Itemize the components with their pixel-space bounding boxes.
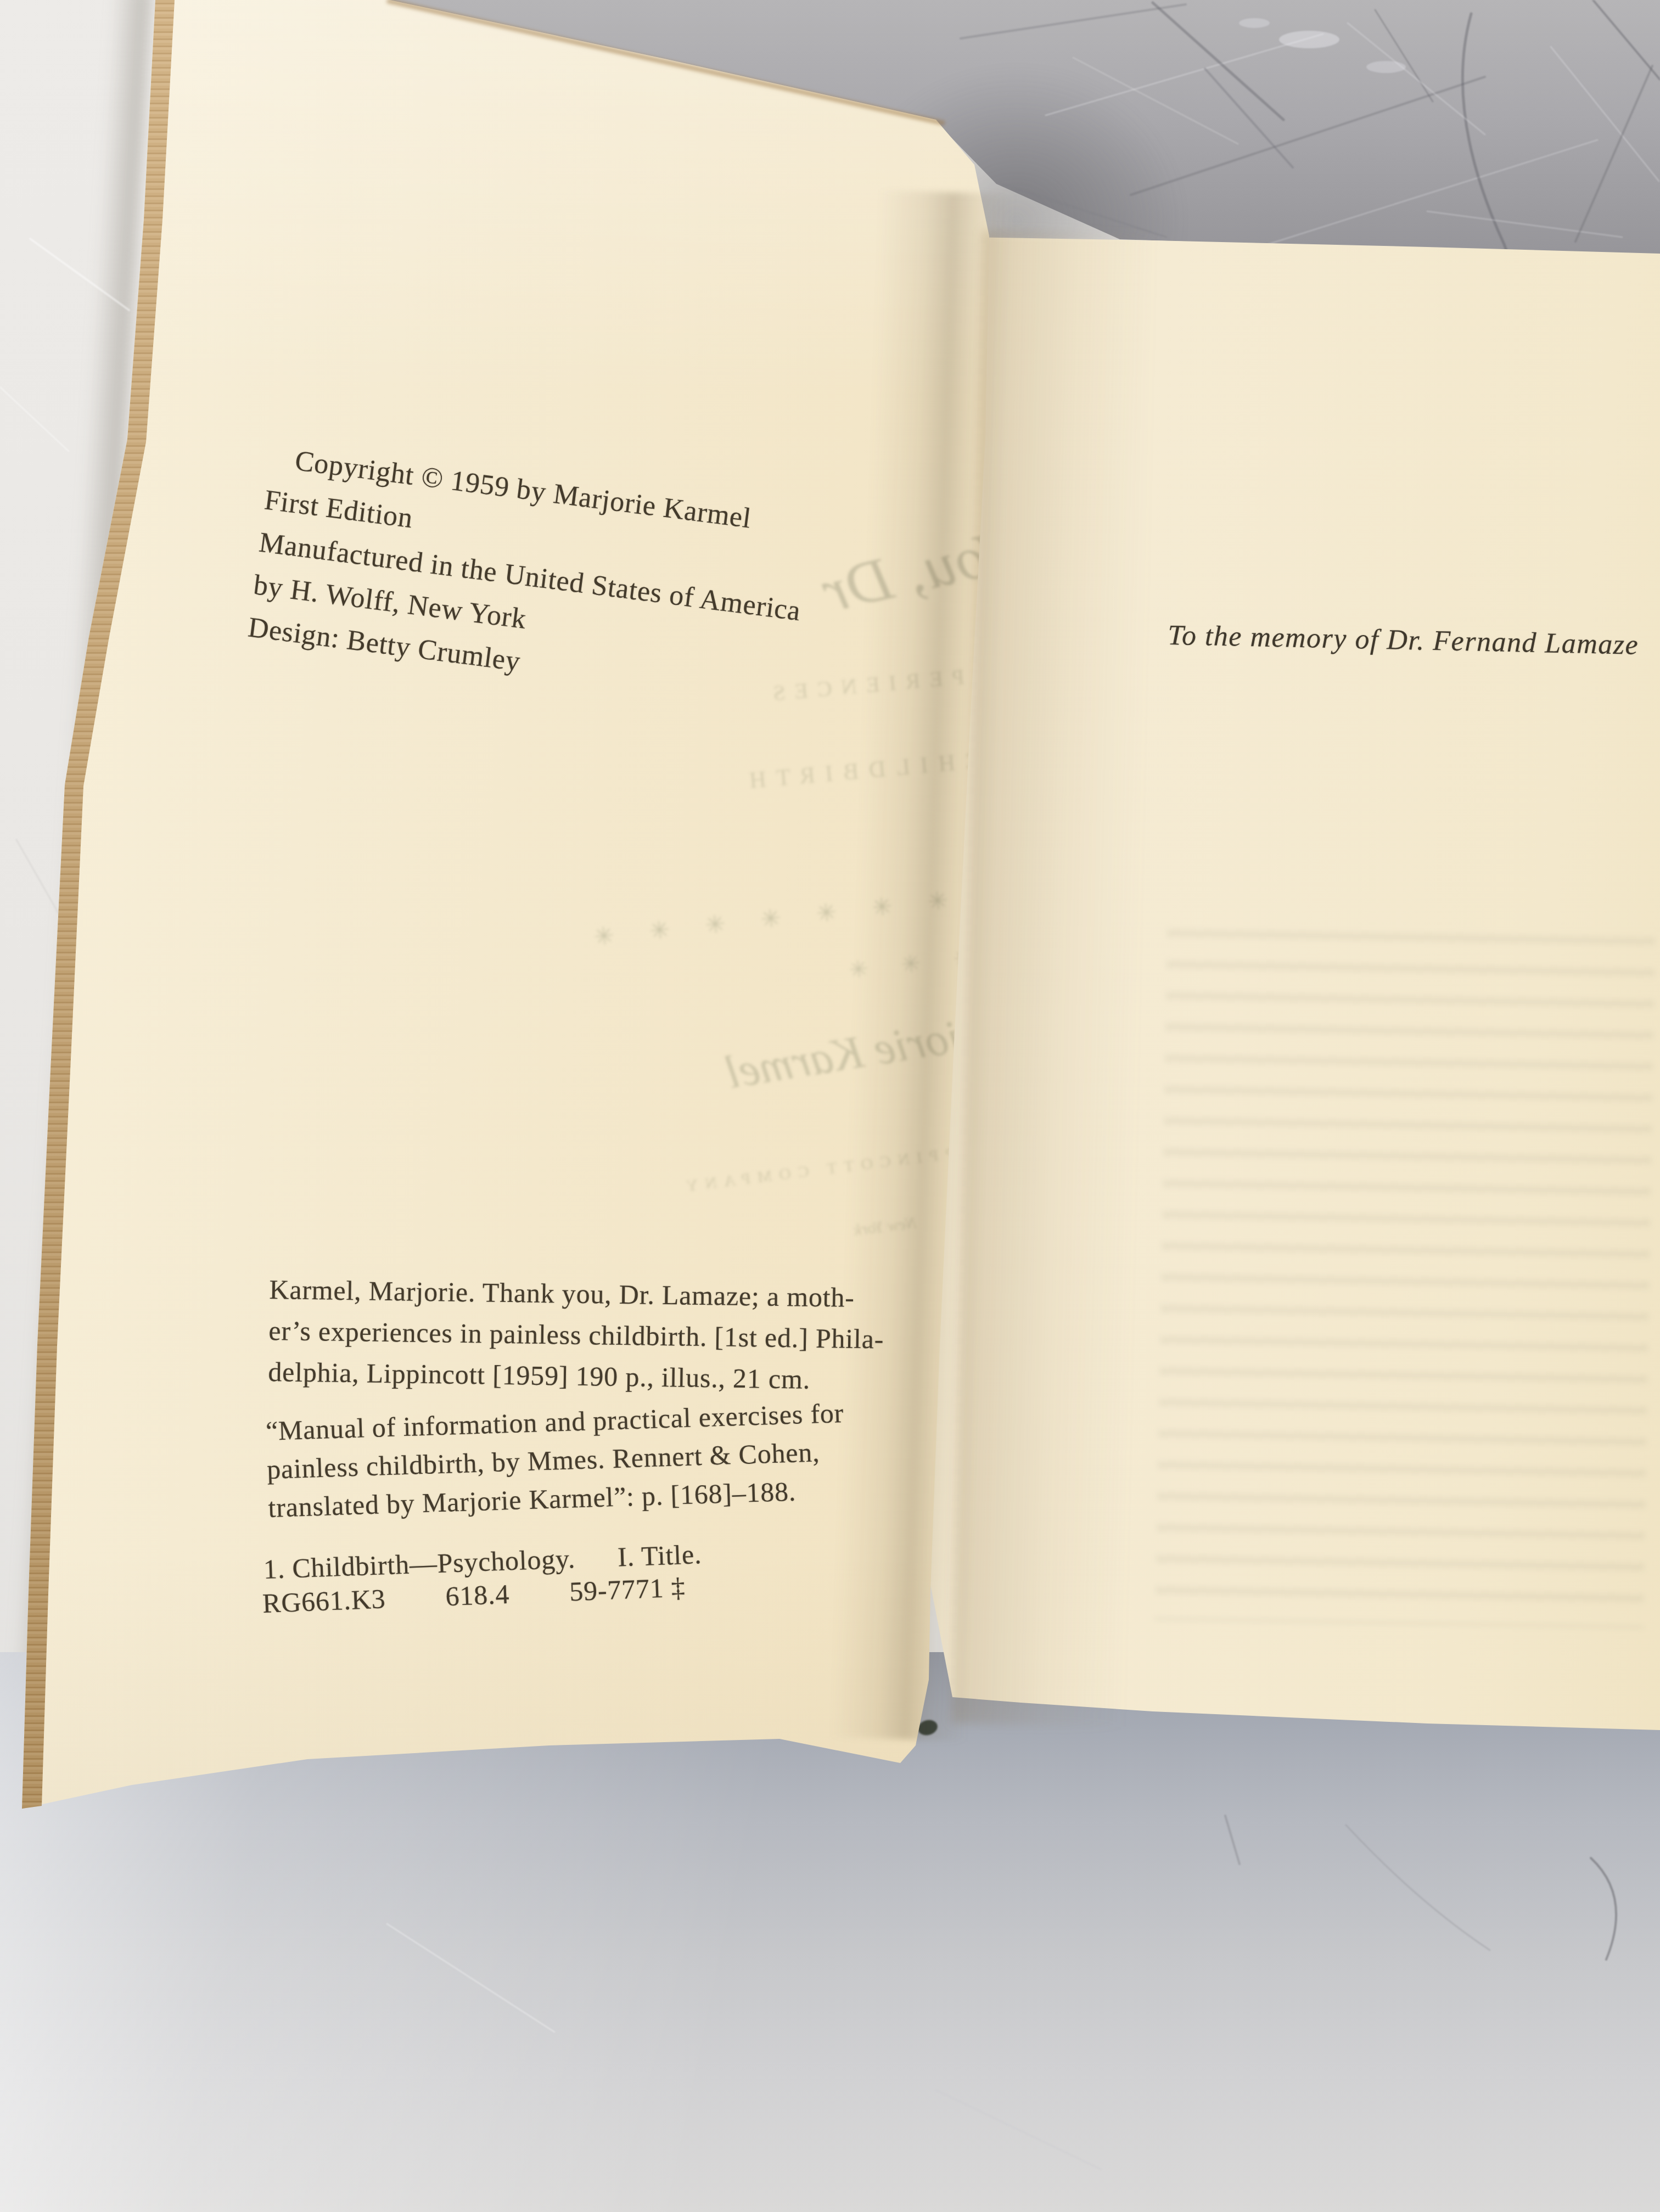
lccn-number: 59-7771 ‡ [569, 1571, 686, 1607]
copyright-block: Copyright © 1959 by Marjorie Karmel Firs… [245, 436, 814, 718]
book-photo: To the memory of Dr. Fernand Lamaze Than… [0, 0, 1660, 2212]
dedication-line: To the memory of Dr. Fernand Lamaze [1168, 619, 1639, 661]
catalog-entry-block: Karmel, Marjorie. Thank you, Dr. Lamaze;… [268, 1269, 885, 1401]
dewey-number: 618.4 [445, 1579, 511, 1612]
translator-note-block: “Manual of information and practical exe… [265, 1394, 847, 1527]
right-page-fold-shade [951, 231, 1158, 1727]
showthrough-text-block [1155, 929, 1656, 1629]
title-entry: I. Title. [617, 1539, 702, 1572]
catalog-line: delphia, Lippincott [1959] 190 p., illus… [268, 1351, 884, 1401]
lc-call-number: RG661.K3 [262, 1583, 386, 1619]
